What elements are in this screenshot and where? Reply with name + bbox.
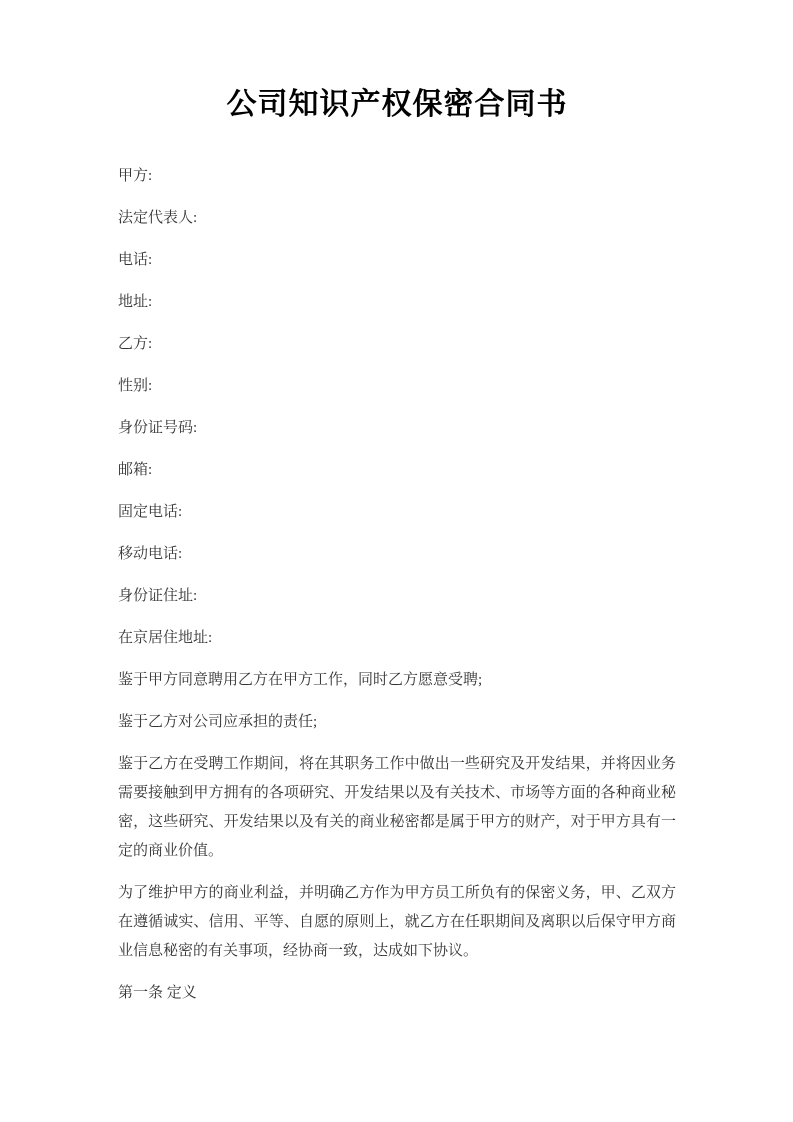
document-content: 公司知识产权保密合同书 甲方: 法定代表人: 电话: 地址: 乙方: 性别: 身… <box>0 0 793 1122</box>
recital-paragraph-1: 鉴于甲方同意聘用乙方在甲方工作，同时乙方愿意受聘; <box>118 666 676 694</box>
field-party-b: 乙方: <box>118 330 676 358</box>
recital-paragraph-4: 为了维护甲方的商业利益，并明确乙方作为甲方员工所负有的保密义务，甲、乙双方在遵循… <box>118 879 676 966</box>
field-gender: 性别: <box>118 372 676 400</box>
document-page: 公司知识产权保密合同书 甲方: 法定代表人: 电话: 地址: 乙方: 性别: 身… <box>0 0 793 1122</box>
field-party-a: 甲方: <box>118 162 676 190</box>
field-legal-representative: 法定代表人: <box>118 204 676 232</box>
field-phone: 电话: <box>118 246 676 274</box>
recital-paragraph-2: 鉴于乙方对公司应承担的责任; <box>118 708 676 736</box>
recital-paragraph-3: 鉴于乙方在受聘工作期间，将在其职务工作中做出一些研究及开发结果，并将因业务需要接… <box>118 750 676 866</box>
field-beijing-residence-address: 在京居住地址: <box>118 624 676 652</box>
field-id-card-address: 身份证住址: <box>118 582 676 610</box>
field-id-number: 身份证号码: <box>118 414 676 442</box>
document-title: 公司知识产权保密合同书 <box>118 84 676 126</box>
field-email: 邮箱: <box>118 456 676 484</box>
field-address: 地址: <box>118 288 676 316</box>
section-heading-article-1: 第一条 定义 <box>118 979 676 1007</box>
field-landline-phone: 固定电话: <box>118 498 676 526</box>
field-mobile-phone: 移动电话: <box>118 540 676 568</box>
